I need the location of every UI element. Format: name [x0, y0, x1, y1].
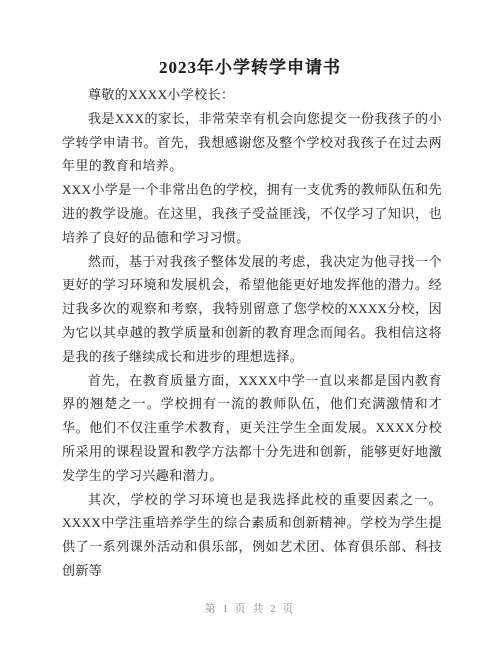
- document-body: 尊敬的XXXX小学校长： 我是XXX的家长，非常荣幸有机会向您提交一份我孩子的小…: [62, 83, 442, 583]
- salutation-line: 尊敬的XXXX小学校长：: [62, 83, 442, 107]
- document-page: 2023年小学转学申请书 尊敬的XXXX小学校长： 我是XXX的家长，非常荣幸有…: [0, 0, 500, 647]
- paragraph-environment: 其次，学校的学习环境也是我选择此校的重要因素之一。XXXX中学注重培养学生的综合…: [62, 488, 442, 583]
- paragraph-intro: 我是XXX的家长，非常荣幸有机会向您提交一份我孩子的小学转学申请书。首先，我想感…: [62, 107, 442, 178]
- paragraph-education-quality: 首先，在教育质量方面，XXXX中学一直以来都是国内教育界的翘楚之一。学校拥有一流…: [62, 369, 442, 488]
- paragraph-current-school: XXX小学是一个非常出色的学校，拥有一支优秀的教师队伍和先进的教学设施。在这里，…: [62, 178, 442, 249]
- document-title: 2023年小学转学申请书: [0, 53, 500, 78]
- paragraph-reason: 然而，基于对我孩子整体发展的考虑，我决定为他寻找一个更好的学习环境和发展机会，希…: [62, 250, 442, 369]
- page-number-footer: 第 1 页 共 2 页: [0, 600, 500, 616]
